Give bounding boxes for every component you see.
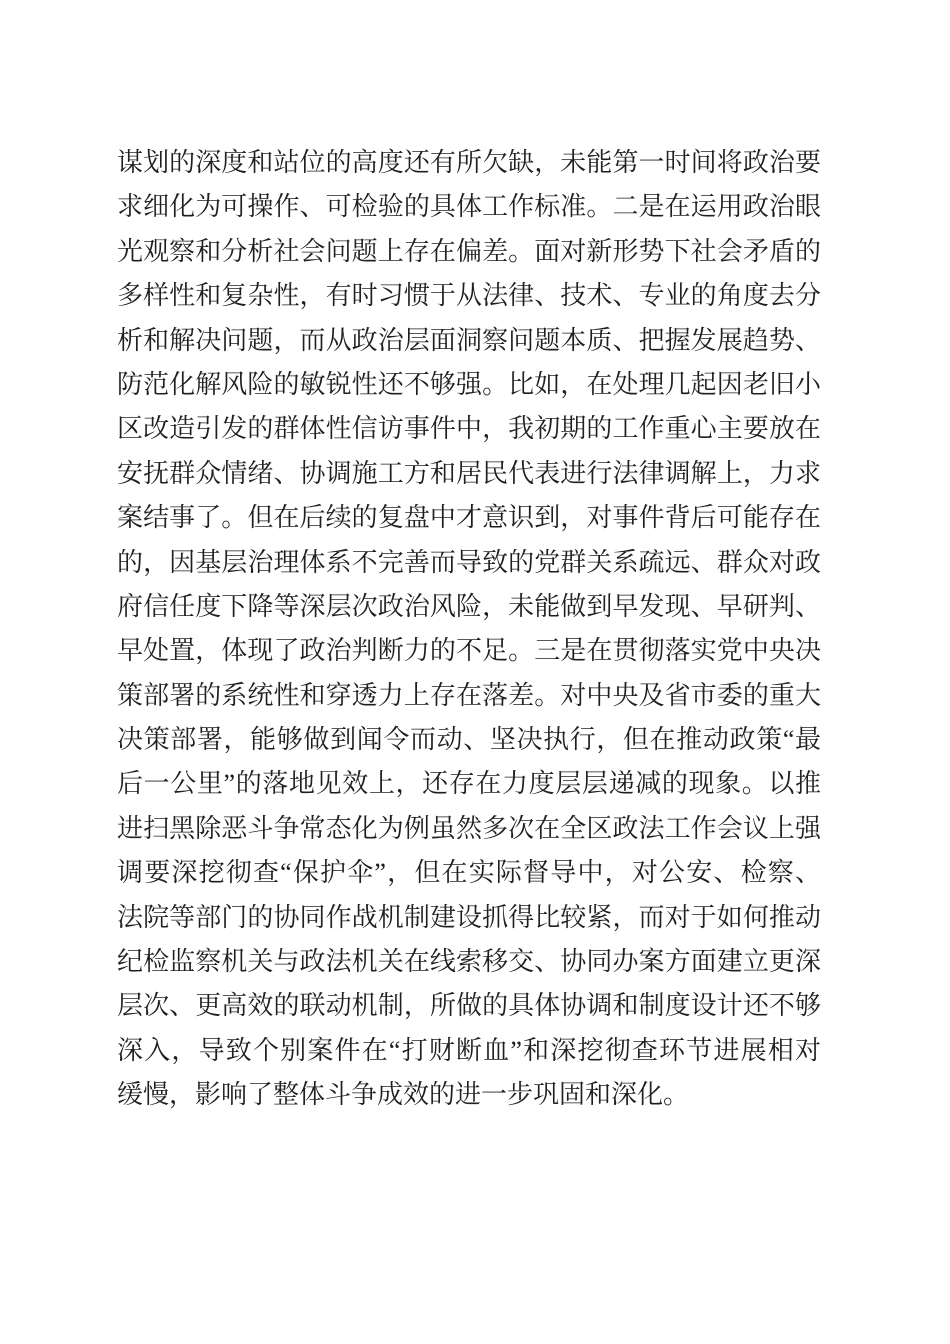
paragraph-block: 谋划的深度和站位的高度还有所欠缺，未能第一时间将政治要 求细化为可操作、可检验的… [117,141,821,1118]
document-page: 谋划的深度和站位的高度还有所欠缺，未能第一时间将政治要 求细化为可操作、可检验的… [0,0,950,1344]
text-line: 区改造引发的群体性信访事件中，我初期的工作重心主要放在 [117,407,821,451]
text-line: 析和解决问题，而从政治层面洞察问题本质、把握发展趋势、 [117,319,821,363]
text-line: 调要深挖彻查“保护伞”，但在实际督导中，对公安、检察、 [117,851,821,895]
text-line: 光观察和分析社会问题上存在偏差。面对新形势下社会矛盾的 [117,230,821,274]
text-line: 的，因基层治理体系不完善而导致的党群关系疏远、群众对政 [117,541,821,585]
text-line: 府信任度下降等深层次政治风险，未能做到早发现、早研判、 [117,585,821,629]
text-line: 安抚群众情绪、协调施工方和居民代表进行法律调解上，力求 [117,452,821,496]
text-line: 缓慢，影响了整体斗争成效的进一步巩固和深化。 [117,1073,821,1117]
text-line: 决策部署，能够做到闻令而动、坚决执行，但在推动政策“最 [117,718,821,762]
text-line: 法院等部门的协同作战机制建设抓得比较紧，而对于如何推动 [117,896,821,940]
text-line: 防范化解风险的敏锐性还不够强。比如，在处理几起因老旧小 [117,363,821,407]
text-line: 策部署的系统性和穿透力上存在落差。对中央及省市委的重大 [117,674,821,718]
text-line: 求细化为可操作、可检验的具体工作标准。二是在运用政治眼 [117,185,821,229]
text-line: 纪检监察机关与政法机关在线索移交、协同办案方面建立更深 [117,940,821,984]
text-line: 早处置，体现了政治判断力的不足。三是在贯彻落实党中央决 [117,629,821,673]
text-line: 谋划的深度和站位的高度还有所欠缺，未能第一时间将政治要 [117,141,821,185]
text-line: 进扫黑除恶斗争常态化为例虽然多次在全区政法工作会议上强 [117,807,821,851]
text-line: 深入，导致个别案件在“打财断血”和深挖彻查环节进展相对 [117,1029,821,1073]
text-line: 层次、更高效的联动机制，所做的具体协调和制度设计还不够 [117,984,821,1028]
text-line: 后一公里”的落地见效上，还存在力度层层递减的现象。以推 [117,762,821,806]
text-line: 案结事了。但在后续的复盘中才意识到，对事件背后可能存在 [117,496,821,540]
text-line: 多样性和复杂性，有时习惯于从法律、技术、专业的角度去分 [117,274,821,318]
